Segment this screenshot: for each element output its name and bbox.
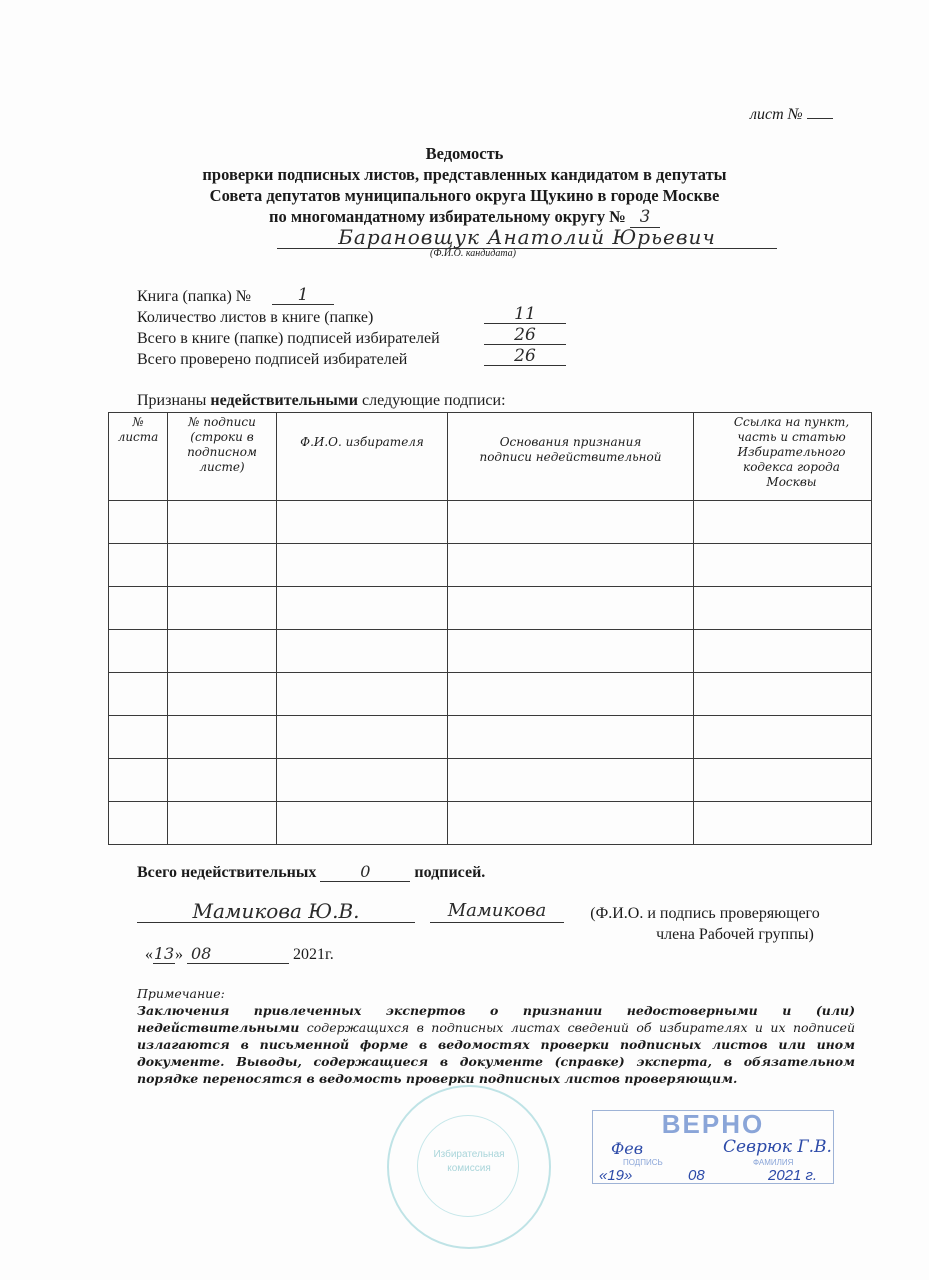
stamp-month: 08 <box>688 1167 705 1184</box>
cell-sheet[interactable] <box>109 673 168 716</box>
sheet-number-field[interactable] <box>807 104 833 119</box>
cell-voter[interactable] <box>277 501 448 544</box>
document-title: Ведомость <box>0 143 929 164</box>
cell-signature[interactable] <box>168 716 277 759</box>
book-sheets-label: Количество листов в книге (папке) <box>137 309 373 326</box>
cell-voter[interactable] <box>277 716 448 759</box>
cell-reason[interactable] <box>448 630 694 673</box>
cell-reference[interactable] <box>694 544 872 587</box>
date-year: 2021г. <box>293 946 334 963</box>
checker-caption: (Ф.И.О. и подпись проверяющего члена Раб… <box>570 903 840 945</box>
cell-reference[interactable] <box>694 673 872 716</box>
table-row <box>109 501 872 544</box>
cell-reason[interactable] <box>448 759 694 802</box>
seal-text-1: Избирательная <box>389 1149 549 1160</box>
table-row <box>109 759 872 802</box>
note-bold-2: излагаются в письменной форме в ведомост… <box>137 1037 855 1086</box>
cell-sheet[interactable] <box>109 544 168 587</box>
note-block: Примечание: Заключения привлеченных эксп… <box>137 985 855 1087</box>
cell-voter[interactable] <box>277 544 448 587</box>
stamp-surname-label: ФАМИЛИЯ <box>753 1158 793 1167</box>
book-sheets-field[interactable]: 11 <box>484 305 566 324</box>
book-signatures-row: Всего в книге (папке) подписей избирател… <box>137 328 440 349</box>
date-day-field[interactable]: 13 <box>153 944 175 964</box>
cell-signature[interactable] <box>168 587 277 630</box>
invalid-signatures-intro: Признаны недействительными следующие под… <box>137 392 506 410</box>
table-row <box>109 802 872 845</box>
book-number-label: Книга (папка) № <box>137 288 251 305</box>
cell-signature[interactable] <box>168 759 277 802</box>
candidate-name-field[interactable]: Барановщук Анатолий Юрьевич <box>277 226 777 249</box>
book-signatures-field[interactable]: 26 <box>484 326 566 345</box>
cell-sheet[interactable] <box>109 759 168 802</box>
total-invalid-suffix: подписей. <box>414 864 485 881</box>
header-invalid-reason: Основания признания подписи недействител… <box>448 413 694 501</box>
cell-voter[interactable] <box>277 630 448 673</box>
intro-prefix: Признаны <box>137 392 210 409</box>
book-number-row: Книга (папка) № <box>137 286 251 307</box>
cell-sheet[interactable] <box>109 802 168 845</box>
cell-reference[interactable] <box>694 587 872 630</box>
header-signature-number: № подписи (строки в подписном листе) <box>168 413 277 501</box>
checker-date: «13» 08 2021г. <box>145 944 334 964</box>
document-subtitle-line-1: проверки подписных листов, представленны… <box>0 164 929 185</box>
note-body: Заключения привлеченных экспертов о приз… <box>137 1002 855 1087</box>
checked-signatures-label: Всего проверено подписей избирателей <box>137 351 407 368</box>
stamp-signature-label: ПОДПИСЬ <box>623 1158 663 1167</box>
stamp-signature: Фев <box>611 1139 643 1158</box>
header-sheet-number: № листа <box>109 413 168 501</box>
table-row <box>109 544 872 587</box>
intro-bold: недействительными <box>210 392 358 409</box>
seal-text-2: комиссия <box>389 1163 549 1174</box>
cell-sheet[interactable] <box>109 716 168 759</box>
cell-reason[interactable] <box>448 673 694 716</box>
total-invalid-label: Всего недействительных <box>137 864 316 881</box>
cell-reference[interactable] <box>694 759 872 802</box>
cell-reference[interactable] <box>694 716 872 759</box>
cell-reason[interactable] <box>448 544 694 587</box>
note-normal: содержащихся в подписных листах сведений… <box>299 1020 855 1035</box>
checked-signatures-field[interactable]: 26 <box>484 347 566 366</box>
document-subtitle-line-2: Совета депутатов муниципального округа Щ… <box>0 185 929 206</box>
cell-signature[interactable] <box>168 501 277 544</box>
table-row <box>109 716 872 759</box>
cell-voter[interactable] <box>277 673 448 716</box>
cell-sheet[interactable] <box>109 587 168 630</box>
checker-name-field[interactable]: Мамикова Ю.В. <box>137 900 415 923</box>
checker-caption-line-2: члена Рабочей группы) <box>570 924 840 945</box>
cell-signature[interactable] <box>168 630 277 673</box>
sheet-number-label: лист № <box>750 106 803 123</box>
book-signatures-label: Всего в книге (папке) подписей избирател… <box>137 330 440 347</box>
stamp-year: 2021 г. <box>768 1167 817 1184</box>
checker-caption-line-1: (Ф.И.О. и подпись проверяющего <box>570 903 840 924</box>
cell-reference[interactable] <box>694 630 872 673</box>
cell-sheet[interactable] <box>109 630 168 673</box>
verified-stamp: ВЕРНО Фев Севрюк Г.В. ПОДПИСЬ ФАМИЛИЯ «1… <box>592 1110 834 1184</box>
cell-reason[interactable] <box>448 501 694 544</box>
book-sheets-row: Количество листов в книге (папке) <box>137 307 373 328</box>
table-row <box>109 587 872 630</box>
cell-sheet[interactable] <box>109 501 168 544</box>
cell-voter[interactable] <box>277 759 448 802</box>
cell-reference[interactable] <box>694 501 872 544</box>
cell-reference[interactable] <box>694 802 872 845</box>
intro-suffix: следующие подписи: <box>358 392 506 409</box>
cell-voter[interactable] <box>277 587 448 630</box>
header-code-reference: Ссылка на пункт, часть и статью Избирате… <box>694 413 872 501</box>
total-invalid-row: Всего недействительных 0 подписей. <box>137 862 485 882</box>
cell-signature[interactable] <box>168 544 277 587</box>
cell-reason[interactable] <box>448 802 694 845</box>
cell-reason[interactable] <box>448 587 694 630</box>
cell-signature[interactable] <box>168 673 277 716</box>
checker-signature-field[interactable]: Мамикова <box>430 900 564 923</box>
checked-signatures-row: Всего проверено подписей избирателей <box>137 349 407 370</box>
district-label: по многомандатному избирательному округу… <box>269 207 626 226</box>
stamp-name: Севрюк Г.В. <box>723 1137 832 1157</box>
stamp-day: «19» <box>599 1167 632 1184</box>
total-invalid-field[interactable]: 0 <box>320 862 410 882</box>
book-number-field[interactable]: 1 <box>272 286 334 305</box>
invalid-signatures-table: № листа № подписи (строки в подписном ли… <box>108 412 872 845</box>
cell-voter[interactable] <box>277 802 448 845</box>
header-voter-name: Ф.И.О. избирателя <box>277 413 448 501</box>
cell-reason[interactable] <box>448 716 694 759</box>
stamp-heading: ВЕРНО <box>593 1109 833 1140</box>
table-row <box>109 630 872 673</box>
cell-signature[interactable] <box>168 802 277 845</box>
commission-seal: Избирательная комиссия <box>387 1085 551 1249</box>
candidate-name-caption: (Ф.И.О. кандидата) <box>430 248 516 259</box>
table-row <box>109 673 872 716</box>
note-heading: Примечание: <box>137 985 855 1002</box>
sheet-number: лист № <box>750 104 833 124</box>
date-month-field[interactable]: 08 <box>187 944 289 964</box>
